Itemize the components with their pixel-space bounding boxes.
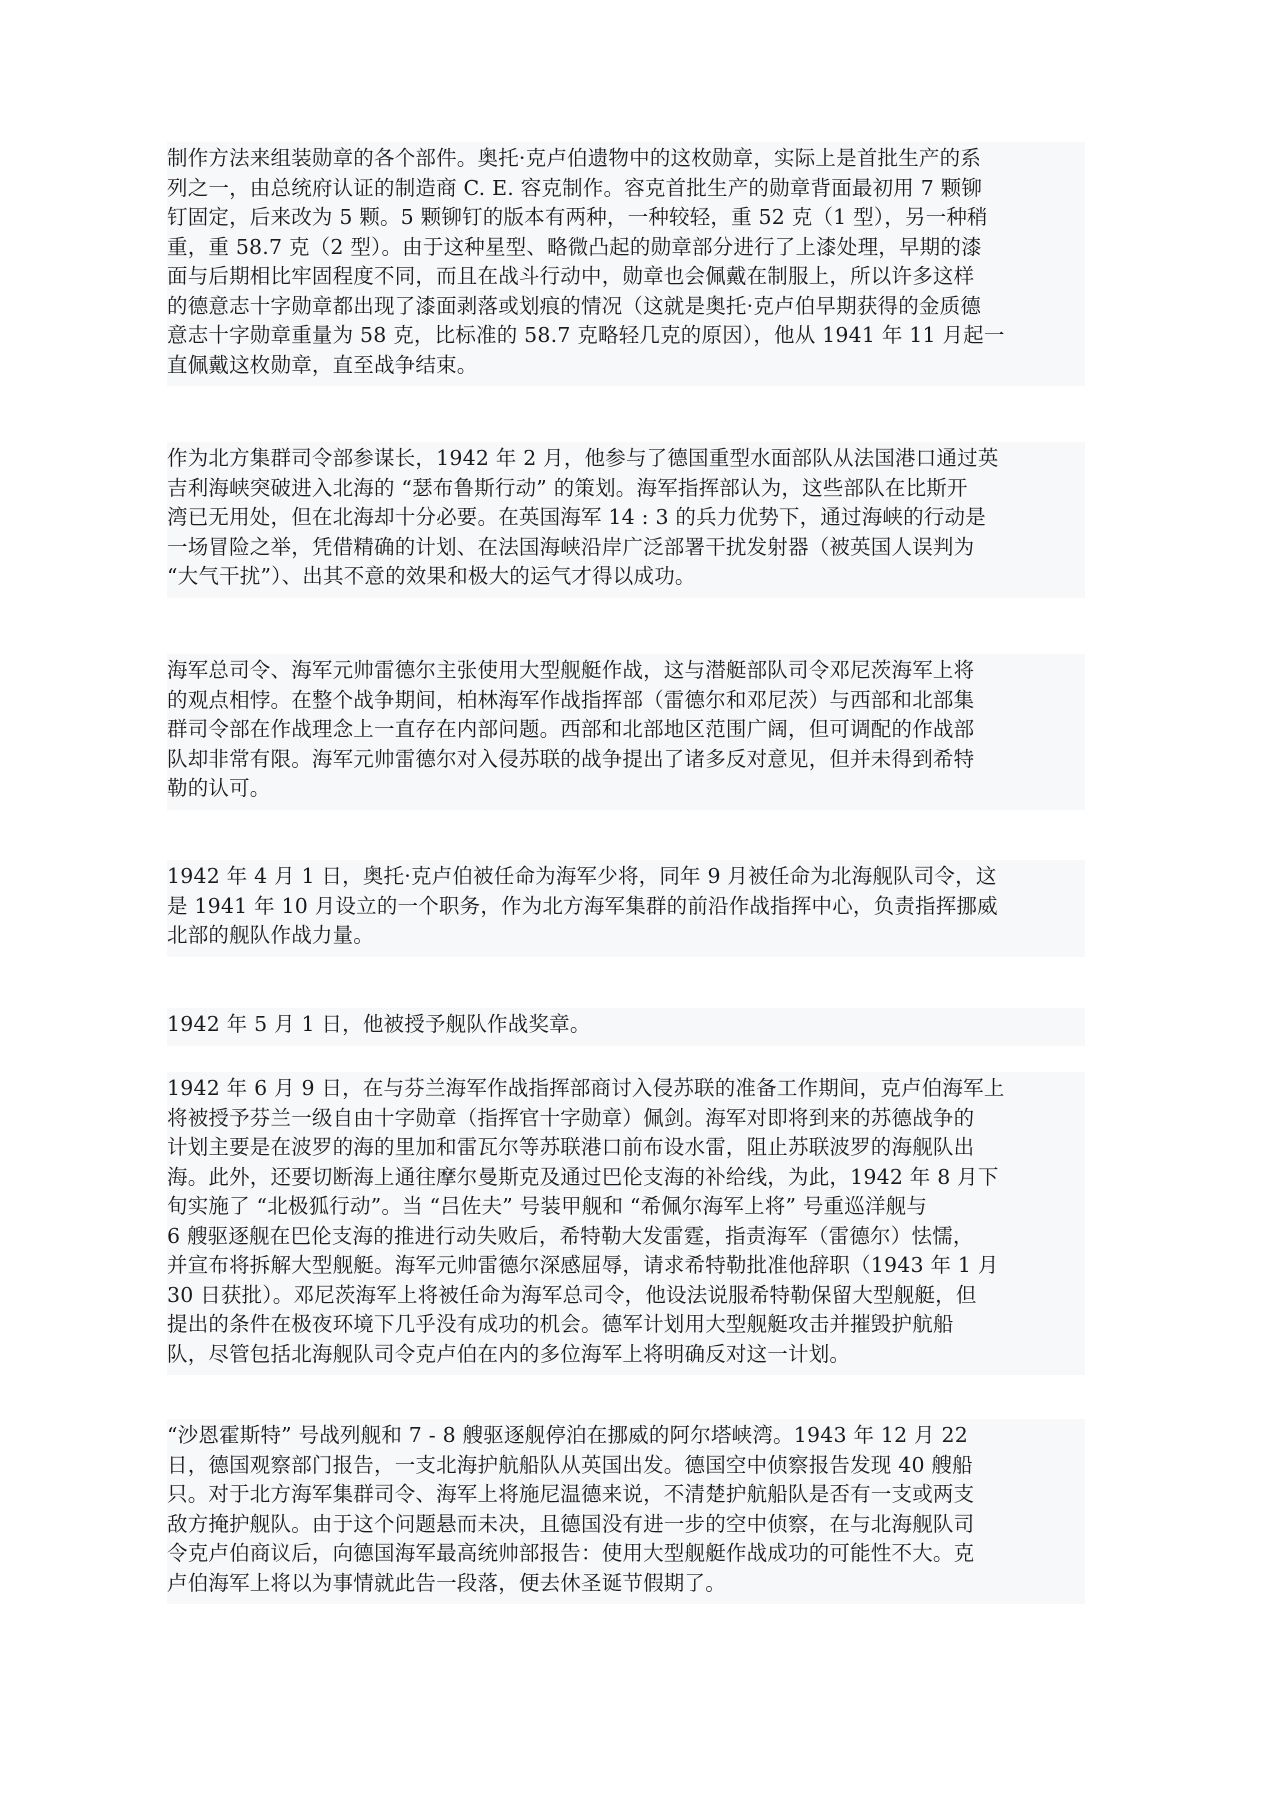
text-line: 湾已无用处，但在北海却十分必要。在英国海军 14 : 3 的兵力优势下，通过海峡… (167, 503, 1085, 533)
text-line: 令克卢伯商议后，向德国海军最高统帅部报告：使用大型舰艇作战成功的可能性不大。克 (167, 1539, 1085, 1569)
text-line: 直佩戴这枚勋章，直至战争结束。 (167, 351, 1085, 381)
text-line: 钉固定，后来改为 5 颗。5 颗铆钉的版本有两种，一种较轻，重 52 克（1 型… (167, 203, 1085, 233)
text-line: 一场冒险之举，凭借精确的计划、在法国海峡沿岸广泛部署干扰发射器（被英国人误判为 (167, 533, 1085, 563)
text-line: 海军总司令、海军元帅雷德尔主张使用大型舰艇作战，这与潜艇部队司令邓尼茨海军上将 (167, 656, 1085, 686)
text-line: 作为北方集群司令部参谋长，1942 年 2 月，他参与了德国重型水面部队从法国港… (167, 444, 1085, 474)
paragraph-medal-details: 制作方法来组装勋章的各个部件。奥托·克卢伯遗物中的这枚勋章，实际上是首批生产的系… (167, 142, 1085, 386)
paragraph-fleet-award: 1942 年 5 月 1 日，他被授予舰队作战奖章。 (167, 1008, 1085, 1046)
text-line: 的德意志十字勋章都出现了漆面剥落或划痕的情况（这就是奥托·克卢伯早期获得的金质德 (167, 292, 1085, 322)
text-line: 制作方法来组装勋章的各个部件。奥托·克卢伯遗物中的这枚勋章，实际上是首批生产的系 (167, 144, 1085, 174)
text-line: 卢伯海军上将以为事情就此告一段落，便去休圣诞节假期了。 (167, 1569, 1085, 1599)
text-line: 只。对于北方海军集群司令、海军上将施尼温德来说，不清楚护航船队是否有一支或两支 (167, 1480, 1085, 1510)
text-line: 吉利海峡突破进入北海的 “瑟布鲁斯行动” 的策划。海军指挥部认为，这些部队在比斯… (167, 474, 1085, 504)
text-line: 的观点相悖。在整个战争期间，柏林海军作战指挥部（雷德尔和邓尼茨）与西部和北部集 (167, 686, 1085, 716)
text-line: 提出的条件在极夜环境下几乎没有成功的机会。德军计划用大型舰艇攻击并摧毁护航船 (167, 1310, 1085, 1340)
text-line: 面与后期相比牢固程度不同，而且在战斗行动中，勋章也会佩戴在制服上，所以许多这样 (167, 262, 1085, 292)
paragraph-finland-cross: 1942 年 6 月 9 日，在与芬兰海军作战指挥部商讨入侵苏联的准备工作期间，… (167, 1072, 1085, 1375)
text-line: “沙恩霍斯特” 号战列舰和 7 - 8 艘驱逐舰停泊在挪威的阿尔塔峡湾。1943… (167, 1421, 1085, 1451)
text-line: 30 日获批）。邓尼茨海军上将被任命为海军总司令，他设法说服希特勒保留大型舰艇，… (167, 1281, 1085, 1311)
text-line: 旬实施了 “北极狐行动”。当 “吕佐夫” 号装甲舰和 “希佩尔海军上将” 号重巡… (167, 1192, 1085, 1222)
text-line: 是 1941 年 10 月设立的一个职务，作为北方海军集群的前沿作战指挥中心，负… (167, 892, 1085, 922)
text-line: 列之一，由总统府认证的制造商 C. E. 容克制作。容克首批生产的勋章背面最初用… (167, 174, 1085, 204)
text-line: 队却非常有限。海军元帅雷德尔对入侵苏联的战争提出了诸多反对意见，但并未得到希特 (167, 745, 1085, 775)
text-line: 1942 年 6 月 9 日，在与芬兰海军作战指挥部商讨入侵苏联的准备工作期间，… (167, 1074, 1085, 1104)
text-line: 群司令部在作战理念上一直存在内部问题。西部和北部地区范围广阔，但可调配的作战部 (167, 715, 1085, 745)
paragraph-promotion: 1942 年 4 月 1 日，奥托·克卢伯被任命为海军少将，同年 9 月被任命为… (167, 860, 1085, 957)
text-line: 并宣布将拆解大型舰艇。海军元帅雷德尔深感屈辱，请求希特勒批准他辞职（1943 年… (167, 1251, 1085, 1281)
text-line: 将被授予芬兰一级自由十字勋章（指挥官十字勋章）佩剑。海军对即将到来的苏德战争的 (167, 1104, 1085, 1134)
text-line: 6 艘驱逐舰在巴伦支海的推进行动失败后，希特勒大发雷霆，指责海军（雷德尔）怯懦， (167, 1222, 1085, 1252)
text-line: 意志十字勋章重量为 58 克，比标准的 58.7 克略轻几克的原因），他从 19… (167, 321, 1085, 351)
text-line: 日，德国观察部门报告，一支北海护航船队从英国出发。德国空中侦察报告发现 40 艘… (167, 1451, 1085, 1481)
text-line: 1942 年 5 月 1 日，他被授予舰队作战奖章。 (167, 1010, 1085, 1040)
text-line: 敌方掩护舰队。由于这个问题悬而未决，且德国没有进一步的空中侦察，在与北海舰队司 (167, 1510, 1085, 1540)
paragraph-scharnhorst: “沙恩霍斯特” 号战列舰和 7 - 8 艘驱逐舰停泊在挪威的阿尔塔峡湾。1943… (167, 1419, 1085, 1604)
text-line: 北部的舰队作战力量。 (167, 921, 1085, 951)
text-line: 勒的认可。 (167, 774, 1085, 804)
text-line: “大气干扰”）、出其不意的效果和极大的运气才得以成功。 (167, 562, 1085, 592)
text-line: 重，重 58.7 克（2 型）。由于这种星型、略微凸起的勋章部分进行了上漆处理，… (167, 233, 1085, 263)
paragraph-raeder-doenitz: 海军总司令、海军元帅雷德尔主张使用大型舰艇作战，这与潜艇部队司令邓尼茨海军上将 … (167, 654, 1085, 810)
text-line: 计划主要是在波罗的海的里加和雷瓦尔等苏联港口前布设水雷，阻止苏联波罗的海舰队出 (167, 1133, 1085, 1163)
text-line: 1942 年 4 月 1 日，奥托·克卢伯被任命为海军少将，同年 9 月被任命为… (167, 862, 1085, 892)
paragraph-operation-cerberus: 作为北方集群司令部参谋长，1942 年 2 月，他参与了德国重型水面部队从法国港… (167, 442, 1085, 598)
text-line: 队，尽管包括北海舰队司令克卢伯在内的多位海军上将明确反对这一计划。 (167, 1340, 1085, 1370)
text-line: 海。此外，还要切断海上通往摩尔曼斯克及通过巴伦支海的补给线，为此，1942 年 … (167, 1163, 1085, 1193)
